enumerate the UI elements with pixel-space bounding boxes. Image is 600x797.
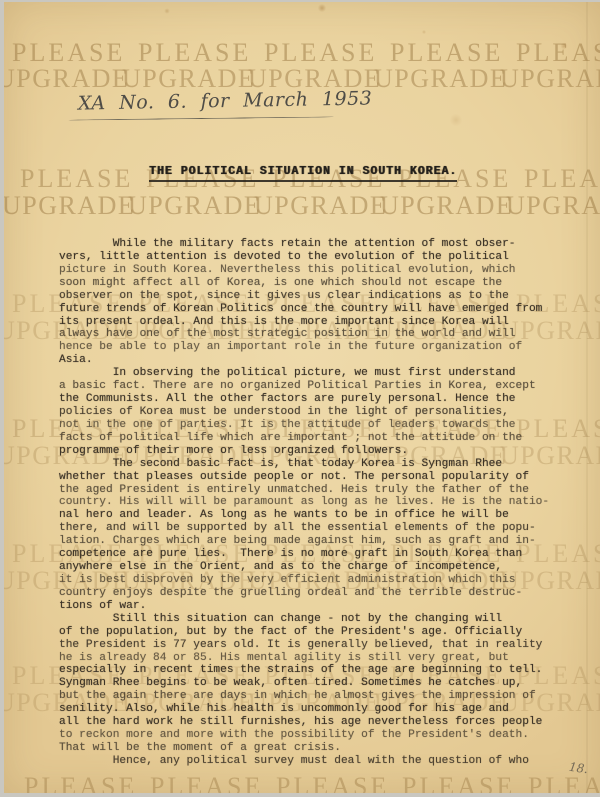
watermark-word: PLEASE [528, 772, 600, 793]
watermark-word: PLEASE [524, 164, 600, 194]
paper-crease [586, 2, 588, 793]
typewritten-line: lation. Charges which are being made aga… [59, 535, 549, 548]
typewritten-line: country. His will will be paramount as l… [59, 496, 549, 509]
typewritten-line: The second basic fact is, that today Kor… [59, 458, 549, 471]
typewritten-line: of the population, but by the fact of th… [59, 626, 549, 639]
typewritten-line: its present ordeal. And this is the more… [59, 316, 549, 329]
watermark-word: UPGRADE [254, 191, 387, 221]
typewritten-line: future trends of Korean Politics once th… [59, 303, 549, 316]
watermark-word: PLEASE [20, 164, 133, 194]
typewritten-line: picture in South Korea. Nevertheless thi… [59, 264, 549, 277]
typewritten-line: hence be able to play an important role … [59, 341, 549, 354]
typewritten-line: there, and will be supported by all the … [59, 522, 549, 535]
typewritten-line: policies of Korea must be understood in … [59, 406, 549, 419]
typewritten-line: Asia. [59, 354, 549, 367]
typewritten-line: all the hard work he still furnishes, hi… [59, 716, 549, 729]
typewritten-line: to reckon more and more with the possibi… [59, 729, 549, 742]
typewritten-line: programme of their more or less organize… [59, 445, 549, 458]
handwritten-underline [68, 116, 334, 120]
typewritten-line: That will be the moment of a great crisi… [59, 742, 549, 755]
watermark-word: PLEASE [150, 772, 263, 793]
watermark-word: UPGRADE [128, 191, 261, 221]
typewritten-line: While the military facts retain the atte… [59, 238, 549, 251]
typewritten-line: soon might affect all of Korea, is one w… [59, 277, 549, 290]
typewritten-line: nal hero and leader. As long as he wants… [59, 509, 549, 522]
watermark-word: UPGRADE [4, 191, 135, 221]
document-page: PLEASEPLEASEPLEASEPLEASEPLEASEUPGRADEUPG… [4, 2, 600, 793]
typewritten-line: whether that pleases outside people or n… [59, 471, 549, 484]
typewritten-line: especially in recent times the strains o… [59, 664, 549, 677]
typewritten-line: In observing the political picture, we m… [59, 367, 549, 380]
typewritten-line: competence are pure lies. There is no mo… [59, 548, 549, 561]
typewritten-line: the Communists. All the other factors ar… [59, 393, 549, 406]
watermark-word: PLEASE [276, 772, 389, 793]
typewritten-line: not in the one of parties. It is the att… [59, 419, 549, 432]
typewritten-line: observer on the spot, since it gives us … [59, 290, 549, 303]
watermark-word: UPGRADE [4, 64, 129, 94]
typewritten-line: a basic fact. There are no organized Pol… [59, 380, 549, 393]
watermark-word: PLEASE [24, 772, 137, 793]
typewritten-body: While the military facts retain the atte… [59, 238, 549, 768]
watermark-word: UPGRADE [380, 191, 513, 221]
typewritten-line: always have one of the most strategic po… [59, 328, 549, 341]
typewritten-line: country enjoys despite the gruelling ord… [59, 587, 549, 600]
watermark-word: UPGRADE [374, 64, 507, 94]
typewritten-line: vers, little attention is devoted to the… [59, 251, 549, 264]
typewritten-line: tions of war. [59, 600, 549, 613]
document-title: THE POLITICAL SITUATION IN SOUTH KOREA. [149, 165, 457, 182]
typewritten-line: Syngman Rhee begins to be weak, often ti… [59, 677, 549, 690]
typewritten-line: Still this situation can change - not by… [59, 613, 549, 626]
typewritten-line: anywhere else in the Orient, and as to t… [59, 561, 549, 574]
page-number-mark: 18. [568, 760, 589, 777]
watermark-word: PLEASE [402, 772, 515, 793]
typewritten-line: senility. Also, while his health is unco… [59, 703, 549, 716]
handwritten-annotation: XA No. 6. for March 1953 [78, 87, 373, 114]
typewritten-line: the aged President is entirely unmatched… [59, 484, 549, 497]
typewritten-line: it is best disproven by the very efficie… [59, 574, 549, 587]
typewritten-line: Hence, any political survey must deal wi… [59, 755, 549, 768]
typewritten-line: the President is 77 years old. It is gen… [59, 639, 549, 652]
typewritten-line: facts of political life which are import… [59, 432, 549, 445]
typewritten-line: he is already 84 or 85. His mental agili… [59, 652, 549, 665]
typewritten-line: but the again there are days in which he… [59, 690, 549, 703]
watermark-word: UPGRADE [500, 64, 600, 94]
